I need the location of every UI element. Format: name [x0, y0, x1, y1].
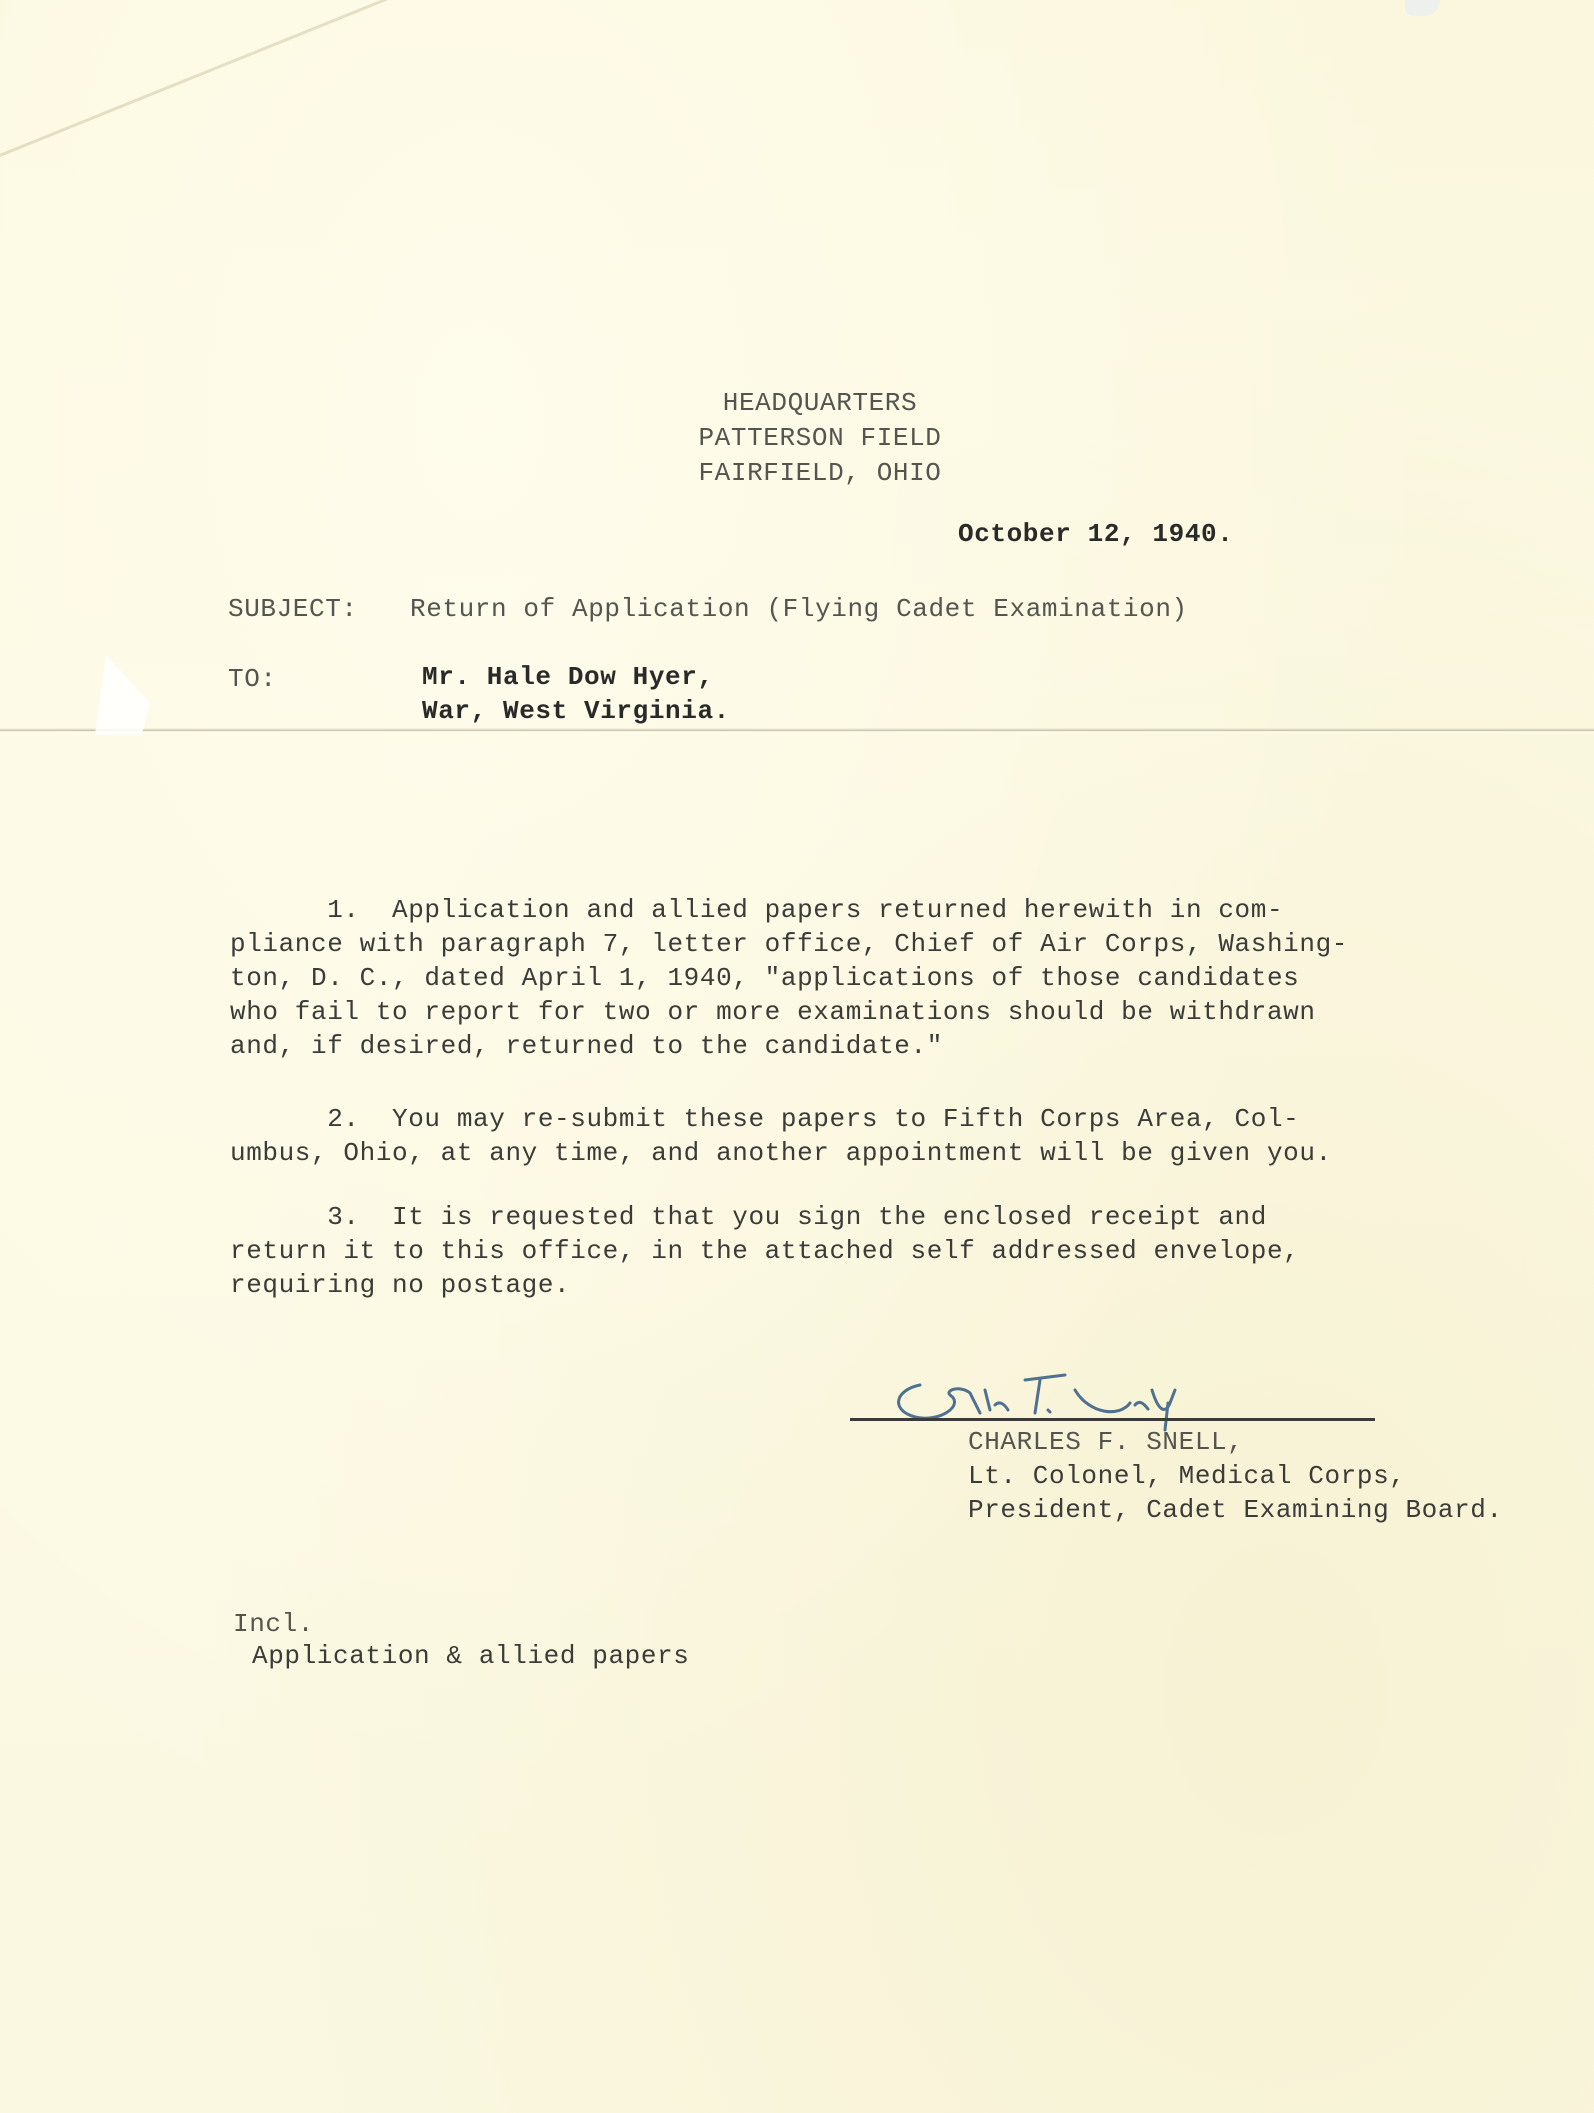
- paragraph-line: and, if desired, returned to the candida…: [230, 1029, 1430, 1063]
- signer-name: CHARLES F. SNELL,: [968, 1425, 1243, 1459]
- enclosure-item: Application & allied papers: [252, 1639, 689, 1673]
- paragraph-line: ton, D. C., dated April 1, 1940, "applic…: [230, 961, 1430, 995]
- paragraph-line: umbus, Ohio, at any time, and another ap…: [230, 1136, 1430, 1170]
- paragraph-line: requiring no postage.: [230, 1268, 1430, 1302]
- to-label: TO:: [228, 662, 277, 696]
- letterhead-line-2: PATTERSON FIELD: [660, 421, 980, 455]
- letterhead-line-3: FAIRFIELD, OHIO: [660, 456, 980, 490]
- signer-title: President, Cadet Examining Board.: [968, 1493, 1503, 1527]
- paragraph-line: who fail to report for two or more exami…: [230, 995, 1430, 1029]
- recipient-name: Mr. Hale Dow Hyer,: [422, 660, 714, 694]
- paragraph-line: return it to this office, in the attache…: [230, 1234, 1430, 1268]
- subject-label: SUBJECT:: [228, 592, 358, 626]
- paragraph-line: 2. You may re-submit these papers to Fif…: [230, 1102, 1430, 1136]
- handwritten-signature: [890, 1355, 1250, 1435]
- paper-fold-line: [0, 728, 1594, 734]
- signature-line: [850, 1418, 1375, 1421]
- recipient-address: War, West Virginia.: [422, 694, 730, 728]
- signer-rank: Lt. Colonel, Medical Corps,: [968, 1459, 1405, 1493]
- paragraph-line: 1. Application and allied papers returne…: [230, 893, 1430, 927]
- enclosure-label: Incl.: [233, 1607, 314, 1641]
- paragraph-line: pliance with paragraph 7, letter office,…: [230, 927, 1430, 961]
- letterhead-line-1: HEADQUARTERS: [660, 386, 980, 420]
- paragraph-line: 3. It is requested that you sign the enc…: [230, 1200, 1430, 1234]
- letter-date: October 12, 1940.: [958, 517, 1233, 551]
- subject-text: Return of Application (Flying Cadet Exam…: [410, 592, 1188, 626]
